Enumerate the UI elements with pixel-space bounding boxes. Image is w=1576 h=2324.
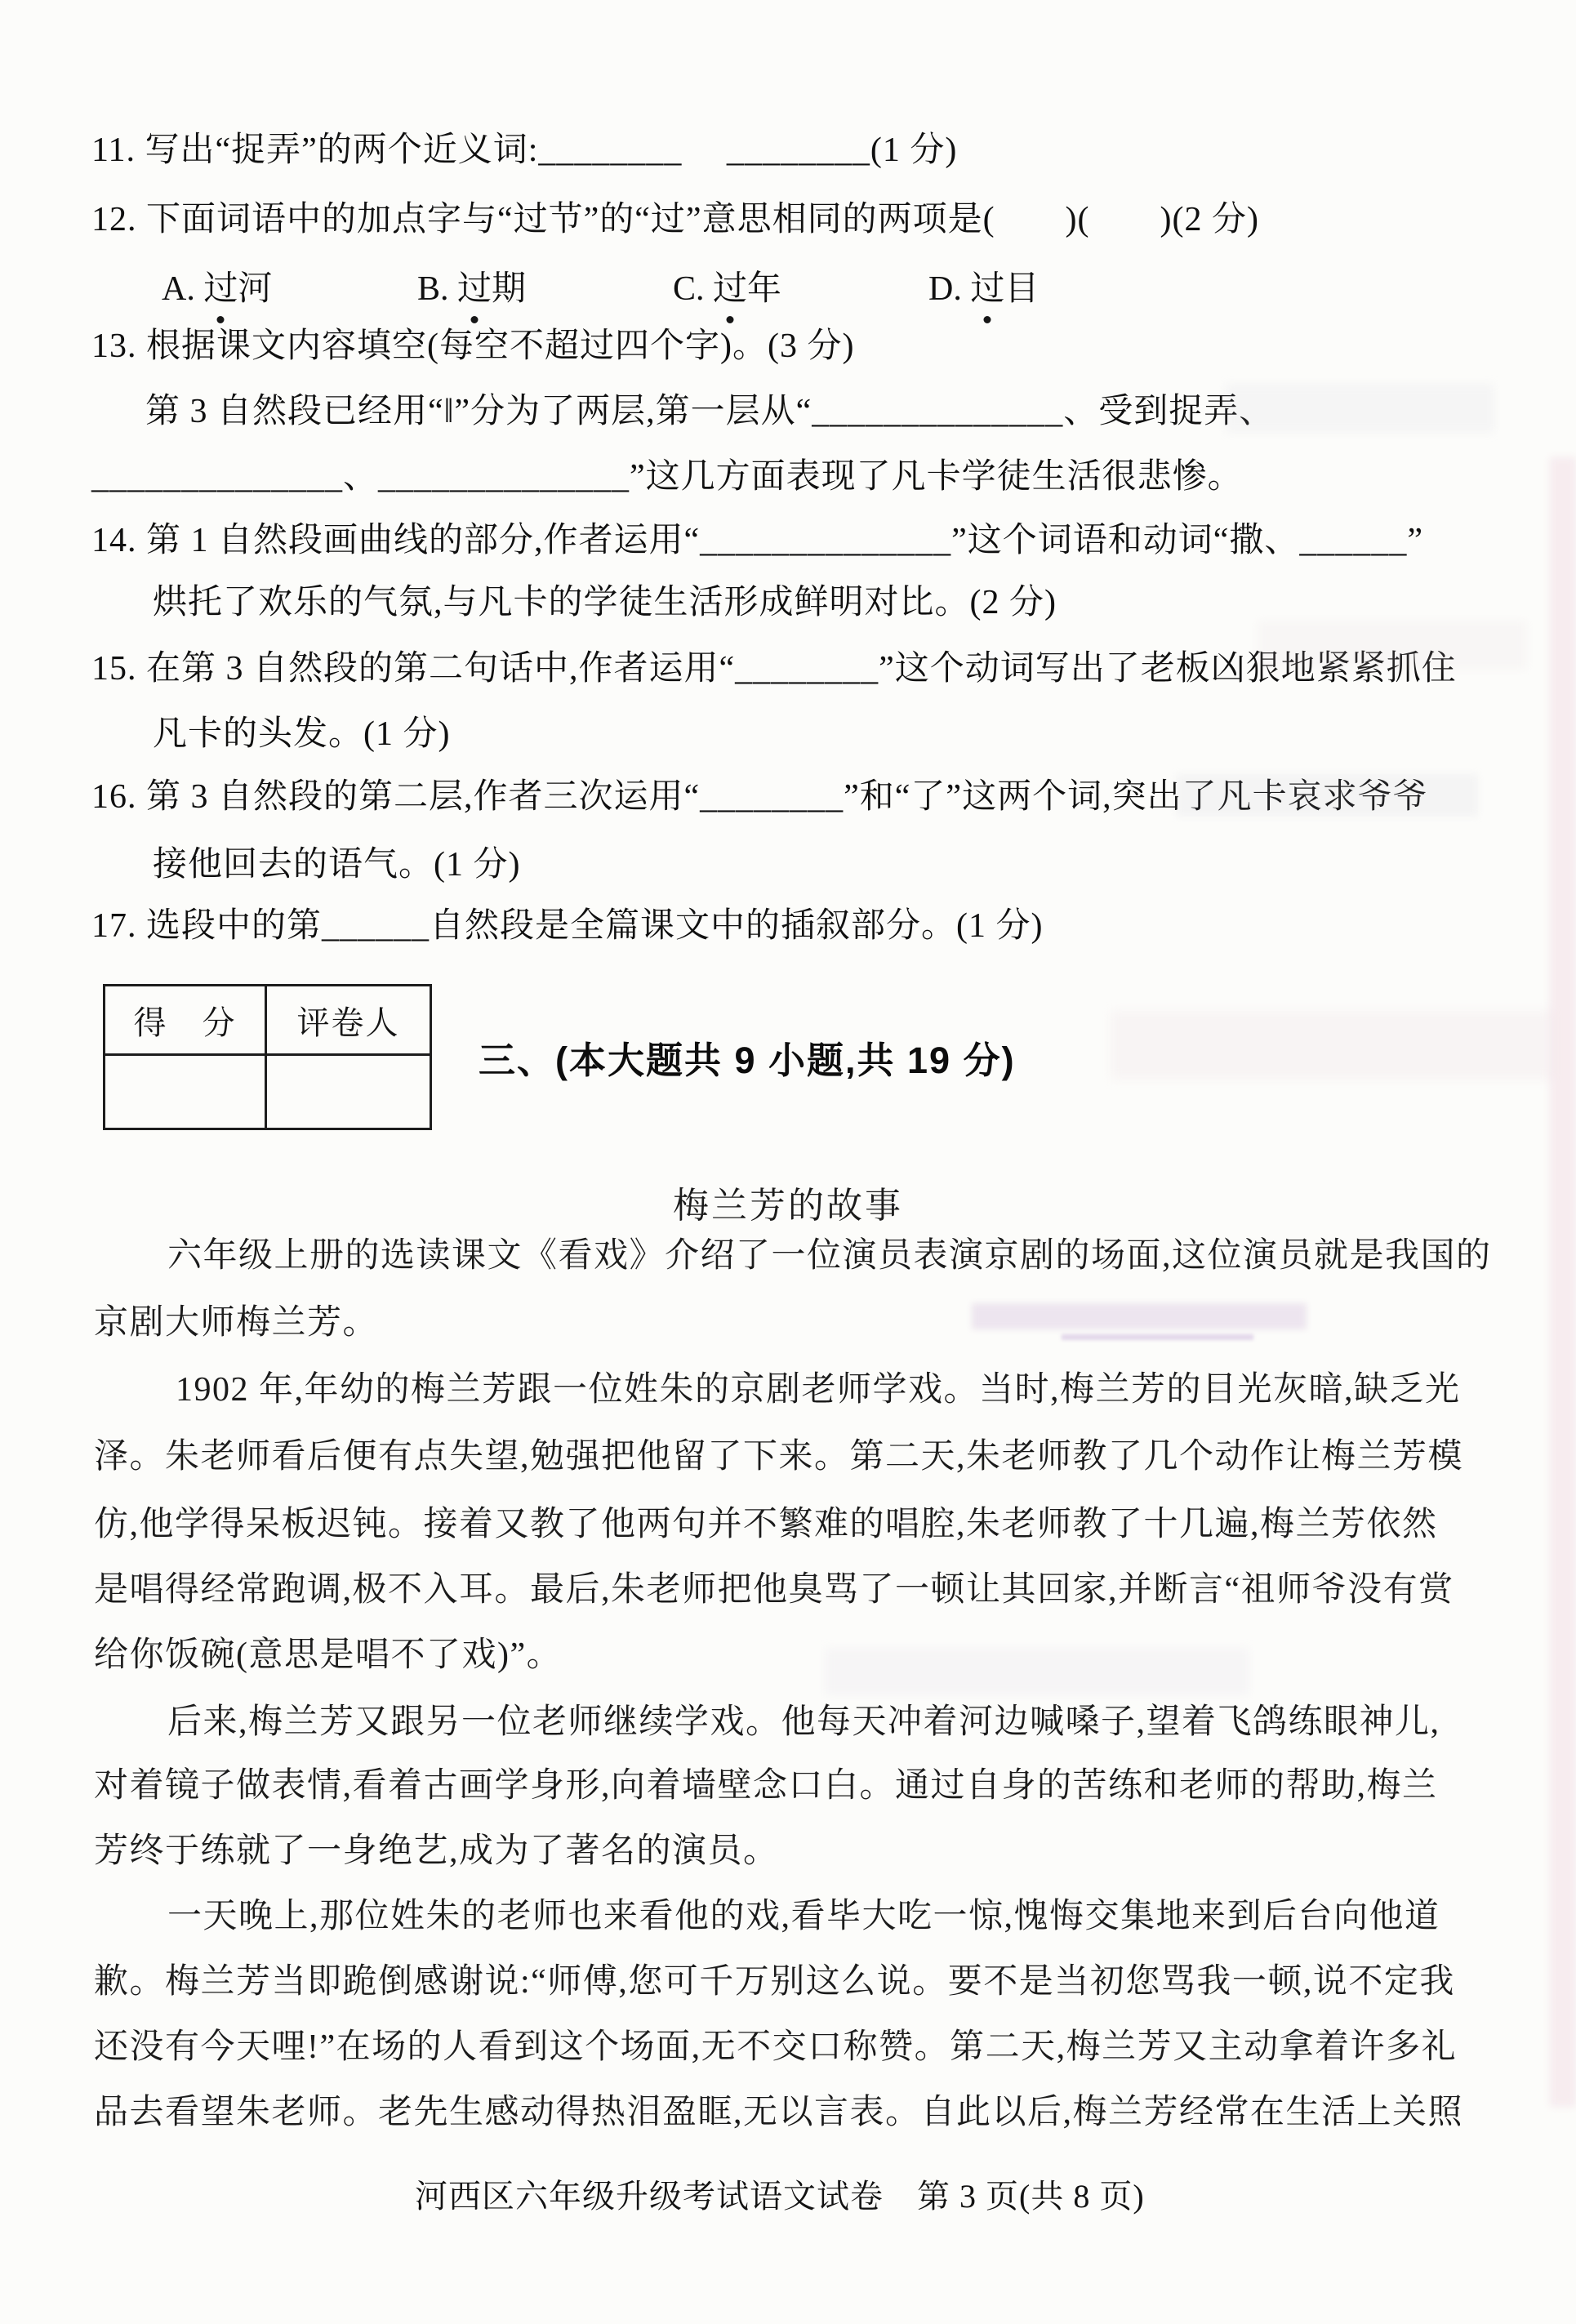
question-15-line-2: 凡卡的头发。(1 分) [153,713,450,756]
option-a-rest: 河 [238,270,272,308]
question-12: 12. 下面词语中的加点字与“过节”的“过”意思相同的两项是( )( )(2 分… [91,198,1259,242]
passage-p4-line-3: 还没有今天哩!”在场的人看到这个场面,无不交口称赞。第二天,梅兰芳又主动拿着许多… [94,2026,1457,2069]
passage-p2-line-3: 仿,他学得呆板迟钝。接着又教了他两句并不繁难的唱腔,朱老师教了十几遍,梅兰芳依然 [94,1503,1438,1547]
passage-p1-line-2: 京剧大师梅兰芳。 [94,1302,378,1345]
question-16-line-1: 16. 第 3 自然段的第二层,作者三次运用“________”和“了”这两个词… [91,776,1428,819]
option-c-label: C. [673,270,713,308]
bleedthrough-smudge [1111,1011,1552,1080]
option-a-label: A. [162,270,203,308]
option-b-rest: 期 [492,270,526,308]
option-d-rest: 目 [1004,270,1039,308]
passage-p2-line-2: 泽。朱老师看后便有点失望,勉强把他留了下来。第二天,朱老师教了几个动作让梅兰芳模 [94,1436,1463,1479]
bleedthrough-edge-strip [1550,457,1576,2107]
question-13-line-1: 13. 根据课文内容填空(每空不超过四个字)。(3 分) [91,325,854,368]
passage-p3-line-1: 后来,梅兰芳又跟另一位老师继续学戏。他每天冲着河边喊嗓子,望着飞鸽练眼神儿, [167,1701,1440,1744]
option-d: D. 过目 [928,261,1039,310]
bleedthrough-wavy-line [1062,1334,1253,1340]
passage-p3-line-3: 芳终于练就了一身绝艺,成为了著名的演员。 [94,1830,779,1873]
question-17: 17. 选段中的第______自然段是全篇课文中的插叙部分。(1 分) [91,905,1043,948]
question-16-line-2: 接他回去的语气。(1 分) [153,844,520,887]
passage-p4-line-2: 歉。梅兰芳当即跪倒感谢说:“师傅,您可千万别这么说。要不是当初您骂我一顿,说不定… [94,1961,1455,2004]
passage-p2-line-5: 给你饭碗(意思是唱不了戏)”。 [94,1634,562,1677]
bleedthrough-smudge [972,1303,1307,1329]
option-b: B. 过期 [417,261,526,310]
question-11: 11. 写出“捉弄”的两个近义词:________ ________(1 分) [91,129,957,172]
question-13-line-2: 第 3 自然段已经用“‖”分为了两层,第一层从“______________、受… [145,390,1274,434]
page-footer: 河西区六年级升级考试语文试卷 第 3 页(共 8 页) [415,2170,1145,2217]
passage-p1-line-1: 六年级上册的选读课文《看戏》介绍了一位演员表演京剧的场面,这位演员就是我国的 [167,1235,1492,1278]
section-heading: 三、(本大题共 9 小题,共 19 分) [479,1031,1016,1084]
score-table-header-score: 得 分 [105,986,267,1056]
option-d-label: D. [928,270,970,308]
question-15-line-1: 15. 在第 3 自然段的第二句话中,作者运用“________”这个动词写出了… [91,648,1457,691]
option-c: C. 过年 [673,261,781,310]
option-d-dotted-char: 过 [970,261,1004,310]
score-table-cell-score-empty [105,1056,267,1128]
option-b-label: B. [417,270,457,308]
passage-p2-line-1: 1902 年,年幼的梅兰芳跟一位姓朱的京剧老师学戏。当时,梅兰芳的目光灰暗,缺乏… [176,1369,1461,1412]
option-a-dotted-char: 过 [203,261,238,310]
passage-p4-line-4: 品去看望朱老师。老先生感动得热泪盈眶,无以言表。自此以后,梅兰芳经常在生活上关照 [94,2091,1463,2135]
exam-paper-page: 11. 写出“捉弄”的两个近义词:________ ________(1 分) … [0,0,1576,2324]
question-13-line-3: ______________、______________”这几方面表现了凡卡学… [91,456,1243,499]
option-c-dotted-char: 过 [713,261,747,310]
bleedthrough-smudge [825,1648,1249,1695]
option-b-dotted-char: 过 [457,261,492,310]
passage-title: 梅兰芳的故事 [0,1176,1576,1228]
passage-p4-line-1: 一天晚上,那位姓朱的老师也来看他的戏,看毕大吃一惊,愧悔交集地来到后台向他道 [167,1895,1440,1939]
passage-p2-line-4: 是唱得经常跑调,极不入耳。最后,朱老师把他臭骂了一顿让其回家,并断言“祖师爷没有… [94,1569,1454,1612]
passage-p3-line-2: 对着镜子做表情,看着古画学身形,向着墙壁念口白。通过自身的苦练和老师的帮助,梅兰 [94,1765,1438,1808]
score-table: 得 分 评卷人 [103,984,432,1130]
score-table-header-grader: 评卷人 [267,986,430,1056]
score-table-cell-grader-empty [267,1056,430,1128]
question-14-line-2: 烘托了欢乐的气氛,与凡卡的学徒生活形成鲜明对比。(2 分) [153,581,1057,625]
option-c-rest: 年 [747,270,781,308]
option-a: A. 过河 [162,261,272,310]
question-14-line-1: 14. 第 1 自然段画曲线的部分,作者运用“______________”这个… [91,519,1423,563]
